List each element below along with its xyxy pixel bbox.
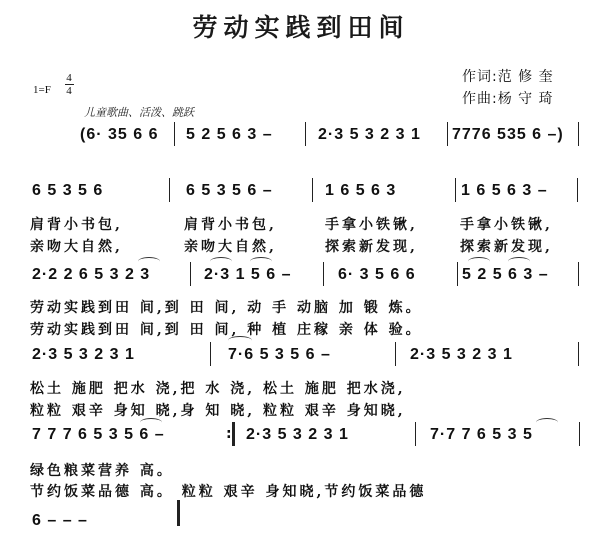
repeat-dots: : [226, 426, 232, 442]
line2-measure-1: 2·2 2 6 5 3 2 3 [32, 266, 150, 284]
intro-measure-3: 2·3 5 3 2 3 1 [318, 126, 421, 144]
barline [323, 262, 324, 286]
time-sig-bottom: 4 [64, 85, 74, 97]
barline [578, 122, 579, 146]
line1-lyric1-d: 手拿小铁锹, [460, 214, 553, 234]
slur [508, 257, 530, 266]
final-barline [177, 500, 180, 526]
barline [415, 422, 416, 446]
line1-lyric2-b: 亲吻大自然, [184, 236, 277, 256]
line1-lyric1-a: 肩背小书包, [30, 214, 123, 234]
style-marking: 儿童歌曲、活泼、跳跃 [84, 104, 194, 120]
slur [250, 257, 272, 266]
line2-measure-4: 5 2 5 6 3 – [462, 266, 549, 284]
intro-measure-2: 5 2 5 6 3 – [186, 126, 273, 144]
line4-measure-1: 7 7 7 6 5 3 5 6 – [32, 426, 165, 444]
barline [305, 122, 306, 146]
intro-measure-4: 7776 535 6 –) [452, 126, 564, 144]
barline [210, 342, 211, 366]
line2-measure-2: 2·3 1 5 6 – [204, 266, 292, 284]
slur [228, 336, 252, 345]
line2-lyric1: 劳动实践到田 间,到 田 间, 动 手 动脑 加 锻 炼。 [30, 297, 423, 317]
barline [578, 262, 579, 286]
barline [190, 262, 191, 286]
barline [174, 122, 175, 146]
intro-measure-1: (6· 35 6 6 [80, 126, 158, 144]
line1-lyric2-d: 探索新发现, [460, 236, 553, 256]
line4-lyric1: 绿色粮菜营养 高。 [30, 460, 174, 480]
key-signature: 1=F [33, 84, 51, 96]
line1-measure-3: 1 6 5 6 3 [325, 182, 396, 200]
barline [578, 342, 579, 366]
lyricist-credit: 作词:范 修 奎 [462, 66, 554, 86]
line1-measure-1: 6 5 3 5 6 [32, 182, 103, 200]
repeat-barline [232, 422, 235, 446]
barline [455, 178, 456, 202]
line3-measure-1: 2·3 5 3 2 3 1 [32, 346, 135, 364]
barline [457, 262, 458, 286]
line3-lyric1: 松土 施肥 把水 浇,把 水 浇, 松土 施肥 把水浇, [30, 378, 406, 398]
line4-measure-2: 2·3 5 3 2 3 1 [246, 426, 349, 444]
slur [468, 257, 490, 266]
barline [395, 342, 396, 366]
line2-measure-3: 6· 3 5 6 6 [338, 266, 416, 284]
line4-lyric2: 节约饭菜品德 高。 粒粒 艰辛 身知晓,节约饭菜品德 [30, 481, 426, 501]
line1-lyric2-c: 探索新发现, [325, 236, 418, 256]
line1-measure-2: 6 5 3 5 6 – [186, 182, 273, 200]
slur [210, 257, 232, 266]
line1-measure-4: 1 6 5 6 3 – [461, 182, 548, 200]
line1-lyric2-a: 亲吻大自然, [30, 236, 123, 256]
slur [138, 257, 160, 266]
line3-lyric2: 粒粒 艰辛 身知 晓,身 知 晓, 粒粒 艰辛 身知晓, [30, 400, 406, 420]
song-title: 劳动实践到田间 [0, 8, 602, 44]
barline [577, 178, 578, 202]
line1-lyric1-c: 手拿小铁锹, [325, 214, 418, 234]
line4-measure-3: 7·7 7 6 5 3 5 [430, 426, 533, 444]
line5-measure-1: 6 – – – [32, 512, 88, 530]
line3-measure-2: 7·6 5 3 5 6 – [228, 346, 331, 364]
barline [447, 122, 448, 146]
time-signature: 4 4 [64, 72, 74, 97]
time-sig-top: 4 [64, 72, 74, 84]
line1-lyric1-b: 肩背小书包, [184, 214, 277, 234]
composer-credit: 作曲:杨 守 琦 [462, 88, 554, 108]
slur [536, 418, 558, 427]
barline [579, 422, 580, 446]
barline [169, 178, 170, 202]
barline [312, 178, 313, 202]
line3-measure-3: 2·3 5 3 2 3 1 [410, 346, 513, 364]
line2-lyric2: 劳动实践到田 间,到 田 间, 种 植 庄稼 亲 体 验。 [30, 319, 423, 339]
